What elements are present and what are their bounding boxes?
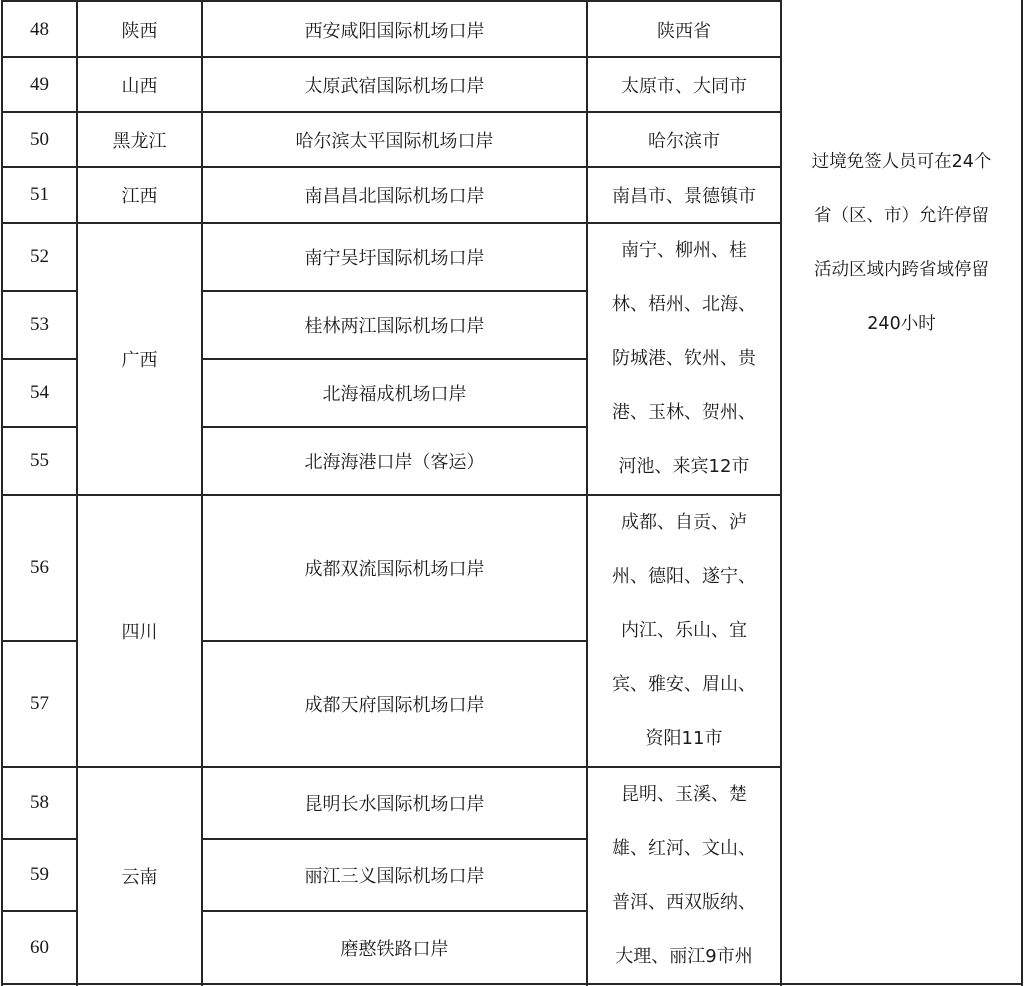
province-cell: 山西: [77, 57, 202, 112]
province-cell-sichuan: 四川: [77, 495, 202, 767]
grid-line: [1, 838, 77, 840]
row-number: 55: [2, 427, 77, 495]
row-number: 57: [2, 641, 77, 767]
area-line: 州、德阳、遂宁、: [612, 550, 756, 604]
province-cell-guangxi: 广西: [77, 223, 202, 495]
grid-line: [201, 910, 588, 912]
port-cell: 南昌昌北国际机场口岸: [202, 167, 587, 223]
grid-line: [1, 426, 77, 428]
row-number: 49: [2, 57, 77, 112]
grid-line: [1, 640, 77, 642]
row-number: 59: [2, 839, 77, 911]
row-number: 48: [2, 2, 77, 57]
area-cell-yunnan: 昆明、玉溪、楚 雄、红河、文山、 普洱、西双版纳、 大理、丽江9市州: [587, 767, 781, 984]
row-number: 50: [2, 112, 77, 167]
area-line: 成都、自贡、泸: [621, 496, 747, 550]
policy-note-line: 240小时: [867, 297, 935, 351]
grid-line: [1, 111, 782, 113]
area-line: 港、玉林、贺州、: [612, 386, 756, 440]
port-cell: 哈尔滨太平国际机场口岸: [202, 112, 587, 167]
ports-table: 48 陕西 西安咸阳国际机场口岸 陕西省 49 山西 太原武宿国际机场口岸 太原…: [0, 0, 1024, 986]
row-number: 60: [2, 911, 77, 984]
area-cell: 哈尔滨市: [587, 112, 781, 167]
grid-line: [201, 640, 588, 642]
policy-note-cell: 过境免签人员可在24个 省（区、市）允许停留 活动区域内跨省域停留 240小时: [781, 135, 1022, 355]
grid-line: [201, 838, 588, 840]
row-number: 54: [2, 359, 77, 427]
grid-line: [1, 983, 1023, 985]
port-cell: 西安咸阳国际机场口岸: [202, 2, 587, 57]
grid-line: [201, 290, 588, 292]
grid-line: [201, 426, 588, 428]
policy-note-line: 过境免签人员可在24个: [812, 135, 992, 189]
grid-line: [1, 166, 782, 168]
policy-note-line: 活动区域内跨省域停留: [814, 243, 989, 297]
port-cell: 太原武宿国际机场口岸: [202, 57, 587, 112]
port-cell: 北海海港口岸（客运）: [202, 427, 587, 495]
policy-note-line: 省（区、市）允许停留: [814, 189, 989, 243]
grid-line: [201, 358, 588, 360]
port-cell: 昆明长水国际机场口岸: [202, 767, 587, 839]
area-line: 雄、红河、文山、: [612, 822, 756, 876]
area-line: 林、梧州、北海、: [612, 278, 756, 332]
grid-line: [1, 910, 77, 912]
row-number: 56: [2, 495, 77, 641]
area-line: 河池、来宾12市: [619, 440, 750, 494]
port-cell: 磨憨铁路口岸: [202, 911, 587, 984]
area-line: 宾、雅安、眉山、: [612, 658, 756, 712]
grid-line: [1, 56, 782, 58]
area-line: 大理、丽江9市州: [615, 930, 752, 984]
row-number: 52: [2, 223, 77, 291]
area-cell: 太原市、大同市: [587, 57, 781, 112]
row-number: 58: [2, 767, 77, 839]
province-cell: 陕西: [77, 2, 202, 57]
area-line: 南宁、柳州、桂: [621, 224, 747, 278]
port-cell: 南宁吴圩国际机场口岸: [202, 223, 587, 291]
area-line: 昆明、玉溪、楚: [621, 768, 747, 822]
grid-line: [1, 290, 77, 292]
port-cell: 桂林两江国际机场口岸: [202, 291, 587, 359]
area-cell-guangxi: 南宁、柳州、桂 林、梧州、北海、 防城港、钦州、贵 港、玉林、贺州、 河池、来宾…: [587, 223, 781, 495]
port-cell: 丽江三义国际机场口岸: [202, 839, 587, 911]
grid-line: [1021, 0, 1023, 986]
province-cell: 黑龙江: [77, 112, 202, 167]
grid-line: [1, 0, 782, 2]
grid-line: [780, 0, 782, 986]
area-line: 内江、乐山、宜: [621, 604, 747, 658]
grid-line: [1, 222, 782, 224]
row-number: 51: [2, 167, 77, 223]
province-cell: 江西: [77, 167, 202, 223]
area-line: 普洱、西双版纳、: [612, 876, 756, 930]
port-cell: 北海福成机场口岸: [202, 359, 587, 427]
area-line: 防城港、钦州、贵: [612, 332, 756, 386]
area-cell: 陕西省: [587, 2, 781, 57]
row-number: 53: [2, 291, 77, 359]
province-cell-yunnan: 云南: [77, 767, 202, 984]
grid-line: [1, 358, 77, 360]
area-cell-sichuan: 成都、自贡、泸 州、德阳、遂宁、 内江、乐山、宜 宾、雅安、眉山、 资阳11市: [587, 495, 781, 767]
area-cell: 南昌市、景德镇市: [587, 167, 781, 223]
grid-line: [1, 766, 782, 768]
grid-line: [1, 494, 782, 496]
port-cell: 成都天府国际机场口岸: [202, 641, 587, 767]
area-line: 资阳11市: [646, 712, 723, 766]
port-cell: 成都双流国际机场口岸: [202, 495, 587, 641]
